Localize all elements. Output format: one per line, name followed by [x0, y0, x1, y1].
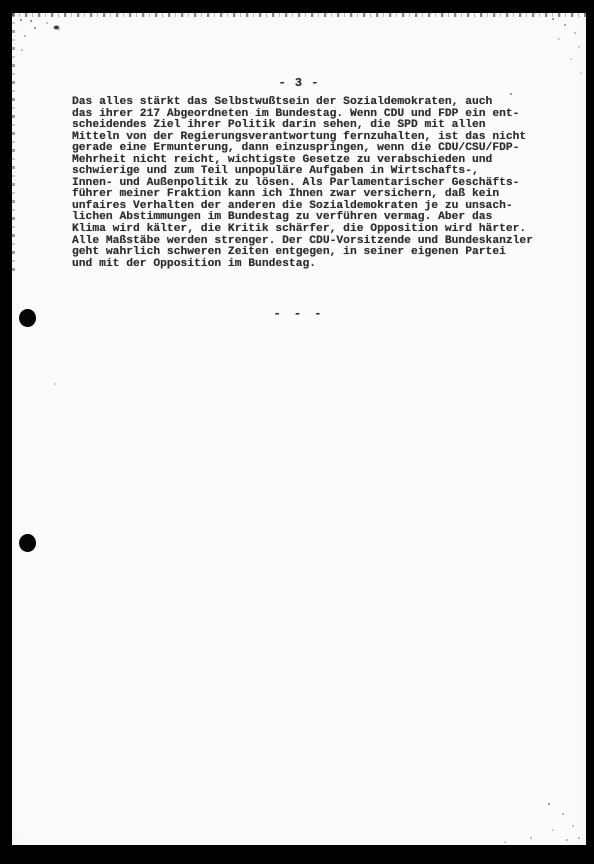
ink-smudge-mark — [53, 25, 60, 30]
page-number: - 3 - — [12, 76, 586, 90]
hole-punch-top — [19, 309, 36, 327]
scan-speckle-top-left — [20, 19, 22, 21]
scan-speckle-bottom-right — [548, 803, 550, 805]
scan-speckle-top-right — [552, 18, 554, 20]
end-of-text-separator: - - - — [12, 307, 586, 321]
body-paragraph: Das alles stärkt das Selbstwußtsein der … — [72, 97, 533, 270]
scan-edge-noise-top — [12, 13, 586, 17]
scan-background: { "document": { "page_number_label": "- … — [0, 0, 594, 864]
document-page: - 3 - Das alles stärkt das Selbstwußtsei… — [12, 13, 586, 845]
scan-edge-noise-left — [12, 13, 15, 273]
hole-punch-bottom — [19, 534, 36, 552]
scan-speckle-misc — [510, 93, 512, 95]
scan-frame: - 3 - Das alles stärkt das Selbstwußtsei… — [0, 0, 594, 864]
